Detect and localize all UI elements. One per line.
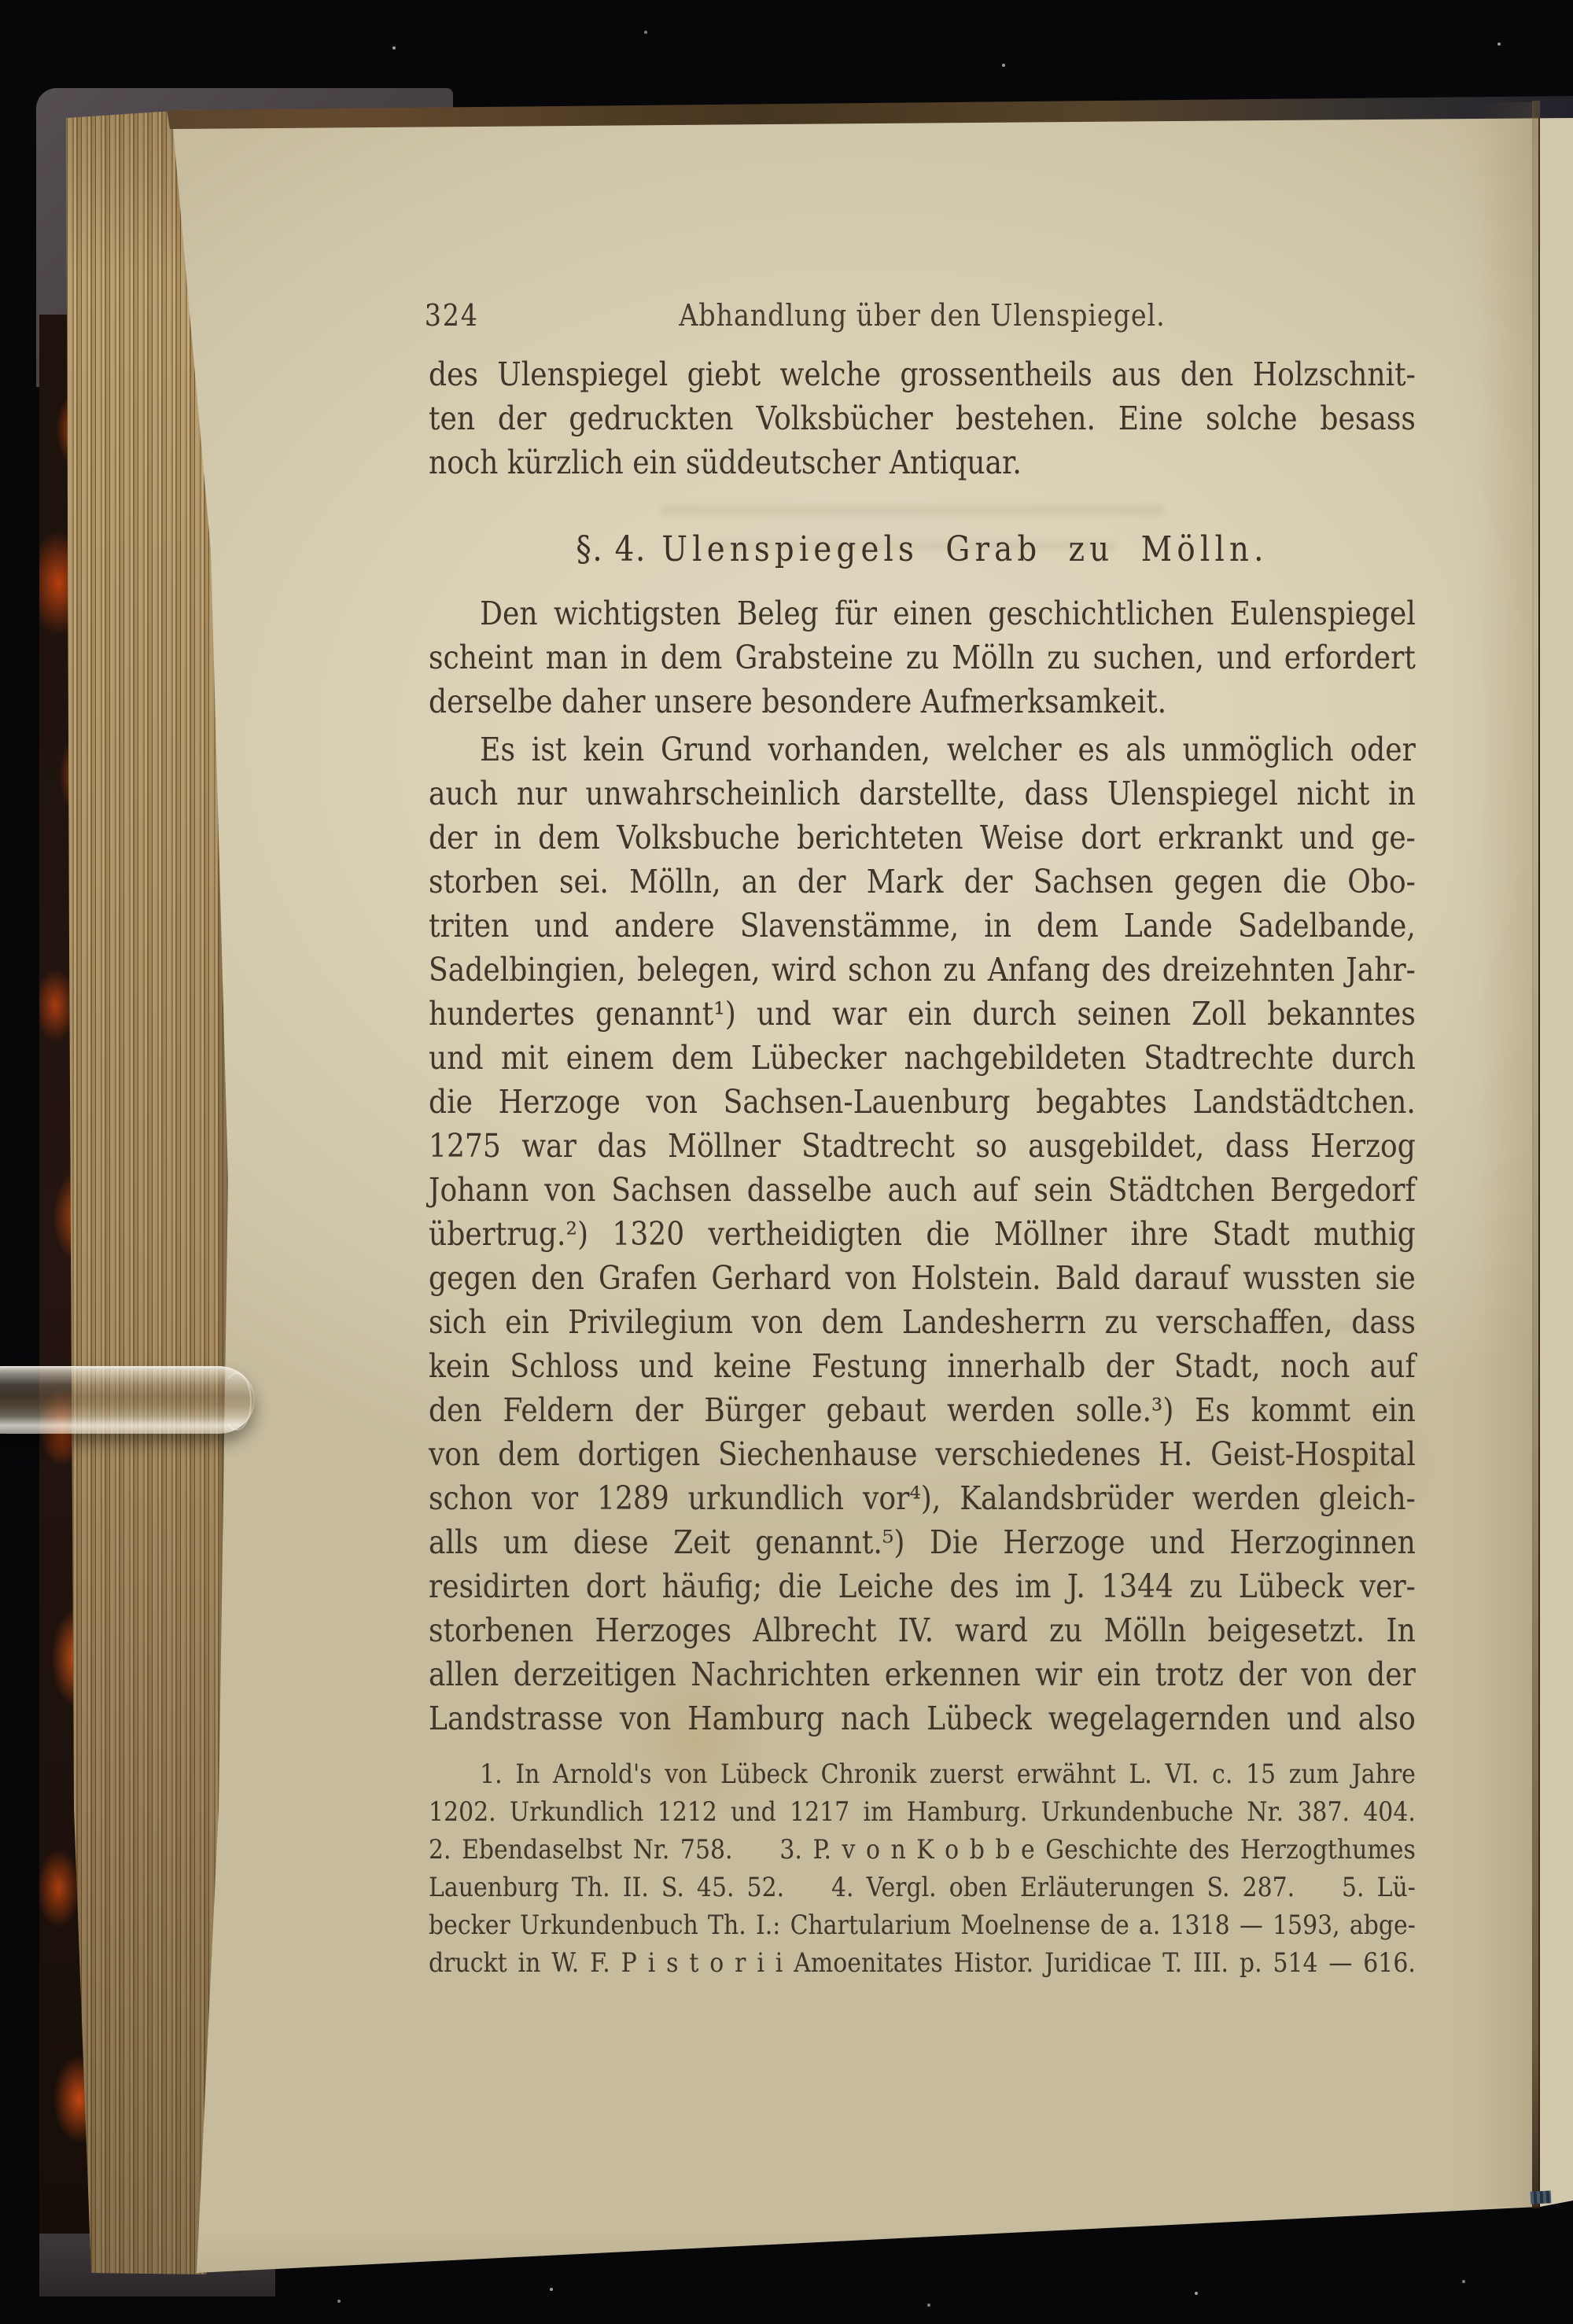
text-line: 1202. Urkundlich 1212 und 1217 im Hambur… [429,1793,1416,1831]
text-line: Es ist kein Grund vorhanden, welcher es … [429,727,1416,772]
text-line: residirten dort häufig; die Leiche des i… [429,1564,1416,1608]
text-line: scheint man in dem Grabsteine zu Mölln z… [429,635,1416,680]
glass-rod-page-weight [0,1366,255,1434]
text-line: becker Urkundenbuch Th. I.: Chartularium… [429,1906,1416,1944]
text-line: Den wichtigsten Beleg für einen geschich… [429,591,1416,635]
text-line: derselbe daher unsere besondere Aufmerks… [429,680,1416,724]
text-line: 1. In Arnold's von Lübeck Chronik zuerst… [429,1755,1416,1793]
gutter-shading [1479,102,1534,2207]
text-line: storbenen Herzoges Albrecht IV. ward zu … [429,1608,1416,1652]
text-line: allen derzeitigen Nachrichten erkennen w… [429,1652,1416,1696]
running-title: Abhandlung über den Ulenspiegel. [429,297,1416,333]
text-line: und mit einem dem Lübecker nachgebildete… [429,1036,1416,1080]
text-line: auch nur unwahrscheinlich darstellte, da… [429,772,1416,816]
text-line: kein Schloss und keine Festung innerhalb… [429,1344,1416,1388]
photo-of-book-page: { "page": { "number": "324", "running_ti… [0,0,1573,2324]
text-line: schon vor 1289 urkundlich vor⁴), Kalands… [429,1476,1416,1520]
dust-specks [0,0,2,2]
section-number: §. 4. [576,529,647,569]
text-line: 1275 war das Möllner Stadtrecht so ausge… [429,1124,1416,1168]
text-line: gegen den Grafen Gerhard von Holstein. B… [429,1256,1416,1300]
text-line: den Feldern der Bürger gebaut werden sol… [429,1388,1416,1432]
text-line: sich ein Privilegium von dem Landesherrn… [429,1300,1416,1344]
text-line: von dem dortigen Siechenhause verschiede… [429,1432,1416,1476]
gutter-thread [1531,2190,1552,2204]
text-line: 2. Ebendaselbst Nr. 758. 3. P. v o n K o… [429,1831,1416,1869]
section-title: Ulenspiegels Grab zu Mölln. [661,529,1268,569]
text-line: die Herzoge von Sachsen-Lauenburg begabt… [429,1080,1416,1124]
text-line: druckt in W. F. P i s t o r i i Amoenita… [429,1944,1416,1982]
text-line: der in dem Volksbuche berichteten Weise … [429,816,1416,860]
text-line: hundertes genannt¹) und war ein durch se… [429,992,1416,1036]
section-heading: §. 4.Ulenspiegels Grab zu Mölln. [429,525,1416,574]
text-line: Landstrasse von Hamburg nach Lübeck wege… [429,1696,1416,1740]
text-line: triten und andere Slavenstämme, in dem L… [429,904,1416,948]
footnotes-block: 1. In Arnold's von Lübeck Chronik zuerst… [429,1755,1416,1982]
text-line: noch kürzlich ein süddeutscher Antiquar. [429,440,1416,484]
paragraph: Es ist kein Grund vorhanden, welcher es … [429,727,1416,1740]
running-header: 324 Abhandlung über den Ulenspiegel. [429,297,1416,333]
text-line: Johann von Sachsen dasselbe auch auf sei… [429,1168,1416,1212]
text-column: 324 Abhandlung über den Ulenspiegel. des… [429,0,1416,2324]
text-line: Sadelbingien, belegen, wird schon zu Anf… [429,948,1416,992]
text-line: übertrug.²) 1320 vertheidigten die Mölln… [429,1212,1416,1256]
text-line: Lauenburg Th. II. S. 45. 52. 4. Vergl. o… [429,1869,1416,1906]
text-line: alls um diese Zeit genannt.⁵) Die Herzog… [429,1520,1416,1564]
text-line: des Ulenspiegel giebt welche grossenthei… [429,352,1416,396]
gutter-crease [1532,101,1540,2208]
text-line: ten der gedruckten Volksbücher bestehen.… [429,396,1416,440]
text-line: storben sei. Mölln, an der Mark der Sach… [429,860,1416,904]
paragraph: Den wichtigsten Beleg für einen geschich… [429,591,1416,724]
paragraph-continuation: des Ulenspiegel giebt welche grossenthei… [429,352,1416,484]
